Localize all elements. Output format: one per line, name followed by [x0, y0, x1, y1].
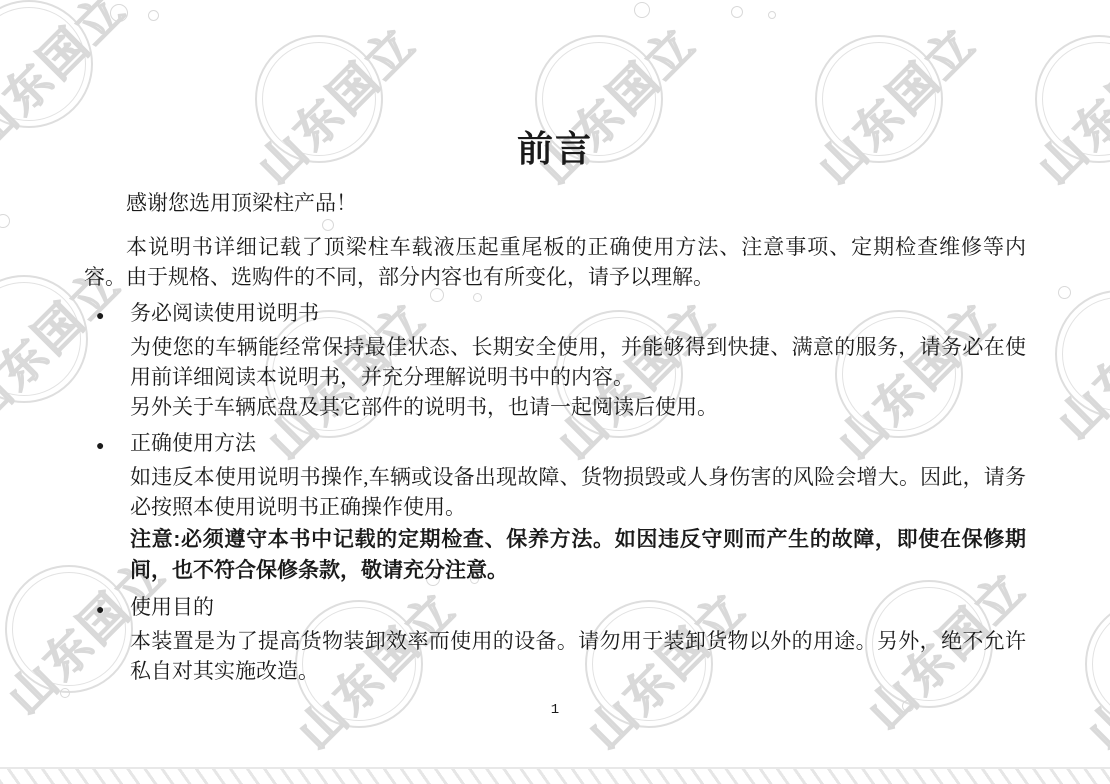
ring-icon [60, 688, 70, 698]
section-body: 如违反本使用说明书操作,车辆或设备出现故障、货物损毁或人身伤害的风险会增大。因此… [130, 462, 1026, 586]
section-read-manual: ● 务必阅读使用说明书 为使您的车辆能经常保持最佳状态、长期安全使用，并能够得到… [84, 298, 1026, 422]
intro-paragraph-1: 感谢您选用顶梁柱产品！ [84, 188, 1026, 218]
section-paragraph: 本装置是为了提高货物装卸效率而使用的设备。请勿用于装卸货物以外的用途。另外，绝不… [130, 626, 1026, 686]
bullet-icon: ● [84, 596, 130, 626]
section-body: 为使您的车辆能经常保持最佳状态、长期安全使用，并能够得到快捷、满意的服务，请务必… [130, 332, 1026, 422]
section-heading-row: ● 务必阅读使用说明书 [84, 298, 1026, 332]
page-number: 1 [0, 702, 1110, 718]
section-heading: 正确使用方法 [130, 428, 256, 458]
bottom-stripe-band [0, 767, 1110, 784]
page-title: 前言 [84, 0, 1026, 170]
section-paragraph-notice: 注意:必须遵守本书中记载的定期检查、保养方法。如因违反守则而产生的故障，即使在保… [130, 524, 1026, 586]
bullet-icon: ● [84, 302, 130, 332]
section-paragraph: 为使您的车辆能经常保持最佳状态、长期安全使用，并能够得到快捷、满意的服务，请务必… [130, 332, 1026, 392]
section-heading-row: ● 使用目的 [84, 592, 1026, 626]
document-content: 前言 感谢您选用顶梁柱产品！ 本说明书详细记载了顶梁柱车载液压起重尾板的正确使用… [0, 0, 1110, 686]
section-heading: 务必阅读使用说明书 [130, 298, 319, 328]
section-paragraph: 如违反本使用说明书操作,车辆或设备出现故障、货物损毁或人身伤害的风险会增大。因此… [130, 462, 1026, 522]
section-purpose: ● 使用目的 本装置是为了提高货物装卸效率而使用的设备。请勿用于装卸货物以外的用… [84, 592, 1026, 686]
section-correct-usage: ● 正确使用方法 如违反本使用说明书操作,车辆或设备出现故障、货物损毁或人身伤害… [84, 428, 1026, 586]
intro-paragraph-2: 本说明书详细记载了顶梁柱车载液压起重尾板的正确使用方法、注意事项、定期检查维修等… [84, 232, 1026, 292]
bullet-icon: ● [84, 432, 130, 462]
section-paragraph: 另外关于车辆底盘及其它部件的说明书，也请一起阅读后使用。 [130, 392, 1026, 422]
section-heading-row: ● 正确使用方法 [84, 428, 1026, 462]
section-body: 本装置是为了提高货物装卸效率而使用的设备。请勿用于装卸货物以外的用途。另外，绝不… [130, 626, 1026, 686]
document-page: 山东国立山东国立山东国立山东国立山东国立山东国立山东国立山东国立山东国立山东国立… [0, 0, 1110, 784]
section-heading: 使用目的 [130, 592, 214, 622]
